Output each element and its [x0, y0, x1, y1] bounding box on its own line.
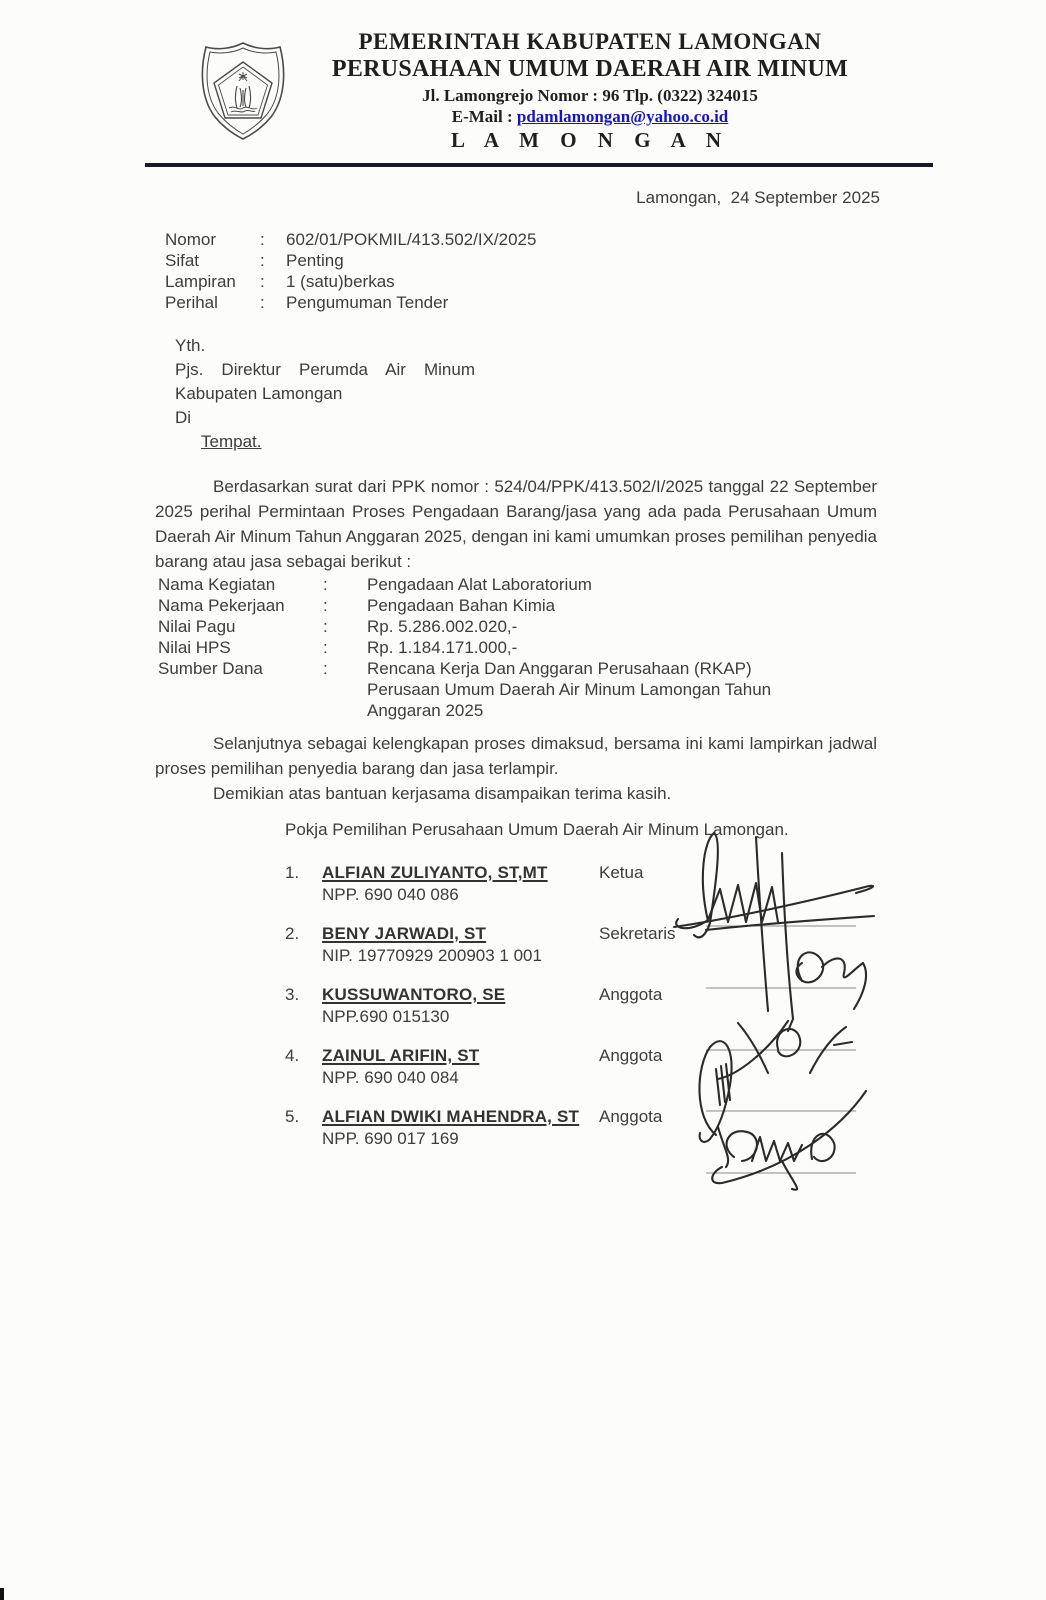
member-number: 5. [285, 1106, 322, 1127]
detail-colon: : [323, 658, 367, 721]
detail-label-sumber: Sumber Dana [158, 658, 323, 721]
letterhead-divider [145, 163, 933, 167]
member-name: ALFIAN DWIKI MAHENDRA, ST [322, 1106, 599, 1127]
body-paragraph-3: Demikian atas bantuan kerjasama disampai… [155, 781, 877, 806]
member-number: 2. [285, 923, 322, 944]
member-id: NPP. 690 040 086 [322, 884, 599, 905]
signature-scribbles [660, 823, 900, 1200]
letterhead-city: L A M O N G A N [255, 128, 925, 153]
member-id: NPP. 690 040 084 [322, 1067, 599, 1088]
letterhead-government-line: PEMERINTAH KABUPATEN LAMONGAN [255, 28, 925, 55]
meta-label-nomor: Nomor [165, 229, 260, 250]
email-link[interactable]: pdamlamongan@yahoo.co.id [517, 107, 728, 126]
body-paragraph-1: Berdasarkan surat dari PPK nomor : 524/0… [155, 474, 877, 574]
detail-colon: : [323, 574, 367, 595]
addressee-block: Yth. Pjs. Direktur Perumda Air Minum Kab… [175, 334, 480, 454]
meta-value-nomor: 602/01/POKMIL/413.502/IX/2025 [286, 229, 536, 250]
member-id: NPP. 690 017 169 [322, 1128, 599, 1149]
member-name: ZAINUL ARIFIN, ST [322, 1045, 599, 1066]
member-id: NIP. 19770929 200903 1 001 [322, 945, 599, 966]
meta-colon: : [260, 292, 286, 313]
procurement-details: Nama Kegiatan : Pengadaan Alat Laborator… [158, 574, 817, 721]
meta-label-lampiran: Lampiran [165, 271, 260, 292]
meta-colon: : [260, 271, 286, 292]
member-name: BENY JARWADI, ST [322, 923, 599, 944]
member-name: KUSSUWANTORO, SE [322, 984, 599, 1005]
detail-value-hps: Rp. 1.184.171.000,- [367, 637, 817, 658]
addressee-salutation: Yth. [175, 334, 480, 358]
letterhead-company-line: PERUSAHAAN UMUM DAERAH AIR MINUM [255, 55, 925, 83]
addressee-di: Di [175, 406, 480, 430]
meta-label-perihal: Perihal [165, 292, 260, 313]
scan-artifact [0, 1588, 4, 1600]
detail-value-pekerjaan: Pengadaan Bahan Kimia [367, 595, 817, 616]
addressee-title: Pjs. Direktur Perumda Air Minum [175, 358, 475, 382]
email-label: E-Mail : [452, 107, 517, 126]
detail-label-kegiatan: Nama Kegiatan [158, 574, 323, 595]
detail-value-sumber: Rencana Kerja Dan Anggaran Perusahaan (R… [367, 658, 817, 721]
member-id: NPP.690 015130 [322, 1006, 599, 1027]
member-identity: KUSSUWANTORO, SE NPP.690 015130 [322, 984, 599, 1027]
detail-label-pagu: Nilai Pagu [158, 616, 323, 637]
meta-value-perihal: Pengumuman Tender [286, 292, 536, 313]
member-identity: ZAINUL ARIFIN, ST NPP. 690 040 084 [322, 1045, 599, 1088]
detail-label-hps: Nilai HPS [158, 637, 323, 658]
detail-value-kegiatan: Pengadaan Alat Laboratorium [367, 574, 817, 595]
member-identity: ALFIAN ZULIYANTO, ST,MT NPP. 690 040 086 [322, 862, 599, 905]
detail-label-pekerjaan: Nama Pekerjaan [158, 595, 323, 616]
letter-date: Lamongan, 24 September 2025 [540, 188, 880, 208]
meta-label-sifat: Sifat [165, 250, 260, 271]
letterhead: PEMERINTAH KABUPATEN LAMONGAN PERUSAHAAN… [255, 28, 925, 153]
detail-value-pagu: Rp. 5.286.002.020,- [367, 616, 817, 637]
meta-colon: : [260, 229, 286, 250]
member-name: ALFIAN ZULIYANTO, ST,MT [322, 862, 599, 883]
detail-colon: : [323, 595, 367, 616]
letterhead-address: Jl. Lamongrejo Nomor : 96 Tlp. (0322) 32… [255, 85, 925, 106]
member-identity: BENY JARWADI, ST NIP. 19770929 200903 1 … [322, 923, 599, 966]
member-identity: ALFIAN DWIKI MAHENDRA, ST NPP. 690 017 1… [322, 1106, 599, 1149]
body-paragraph-2: Selanjutnya sebagai kelengkapan proses d… [155, 731, 877, 781]
member-number: 4. [285, 1045, 322, 1066]
member-number: 1. [285, 862, 322, 883]
letterhead-email-line: E-Mail : pdamlamongan@yahoo.co.id [255, 106, 925, 127]
meta-value-lampiran: 1 (satu)berkas [286, 271, 536, 292]
meta-colon: : [260, 250, 286, 271]
detail-colon: : [323, 637, 367, 658]
addressee-region: Kabupaten Lamongan [175, 382, 480, 406]
addressee-place: Tempat. [201, 430, 480, 454]
member-number: 3. [285, 984, 322, 1005]
letter-meta: Nomor : 602/01/POKMIL/413.502/IX/2025 Si… [165, 229, 536, 313]
meta-value-sifat: Penting [286, 250, 536, 271]
detail-colon: : [323, 616, 367, 637]
